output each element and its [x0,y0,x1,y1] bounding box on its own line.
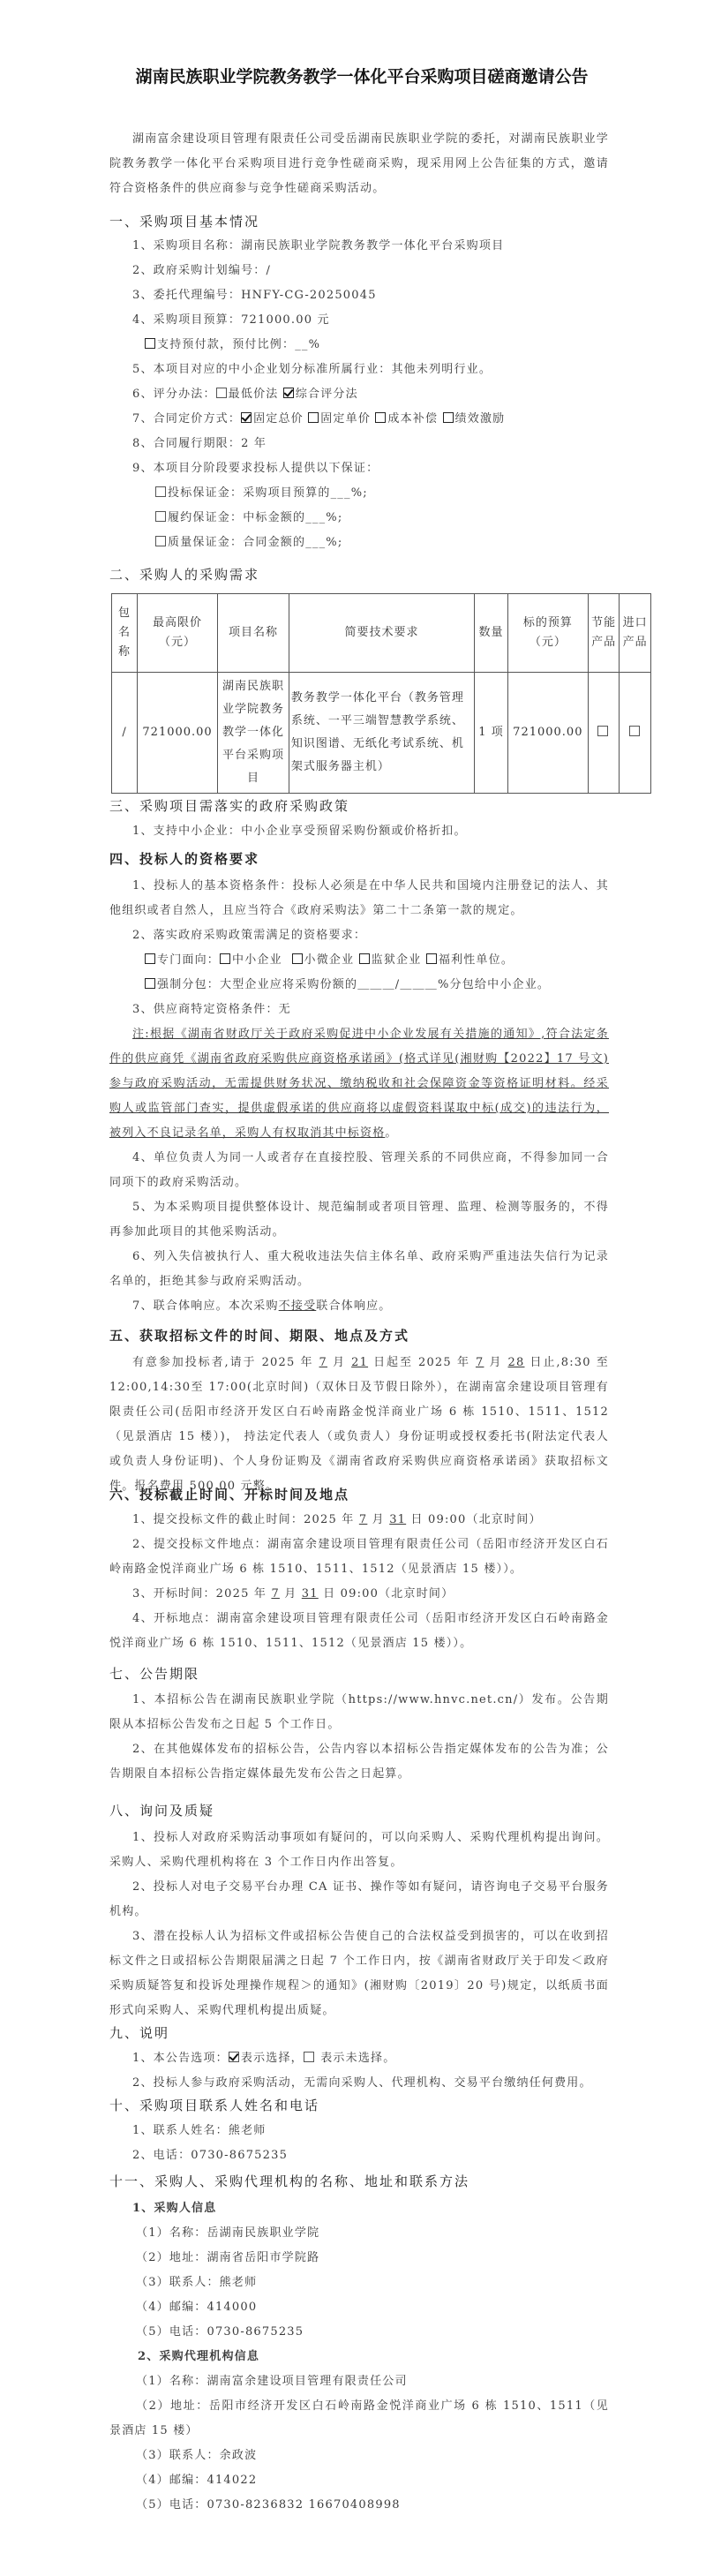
unchecked-legend-icon [304,2052,314,2062]
cost-comp-checkbox[interactable] [375,412,386,423]
col-imported: 进口产品 [620,594,651,673]
imported-checkbox[interactable] [629,726,640,736]
quality-bond-checkbox[interactable] [155,536,166,546]
section-4-body: 1、投标人的基本资格条件：投标人必须是在中华人民共和国境内注册登记的法人、其他组… [109,874,609,1319]
s1-item-9: 9、本项目分阶段要求投标人提供以下保证： [109,456,609,481]
section-10-heading: 十、采购项目联系人姓名和电话 [109,2096,319,2114]
table-row: / 721000.00 湖南民族职业学院教务教学一体化平台采购项目 教务教学一体… [112,673,651,794]
cell-project-name: 湖南民族职业学院教务教学一体化平台采购项目 [218,673,289,794]
cell-max-price: 721000.00 [138,673,218,794]
col-max-price: 最高限价（元） [138,594,218,673]
requirements-table: 包名称 最高限价（元） 项目名称 简要技术要求 数量 标的预算（元） 节能产品 … [111,593,651,794]
comprehensive-score-checkbox[interactable] [283,388,294,398]
page-title: 湖南民族职业学院教务教学一体化平台采购项目磋商邀请公告 [97,64,627,87]
section-6-heading: 六、投标截止时间、开标时间及地点 [109,1485,349,1503]
special-checkbox[interactable] [145,953,155,964]
quality-bond-option: 质量保证金：合同金额的___%; [109,531,609,555]
performance-checkbox[interactable] [443,412,454,423]
section-5-body: 有意参加投标者,请于 2025 年 7 月 21 日起至 2025 年 7 月 … [109,1351,609,1499]
cell-qty: 1 项 [475,673,508,794]
note-paragraph: 注:根据《湖南省财政厅关于政府采购促进中小企业发展有关措施的通知》,符合法定条件… [109,1022,609,1146]
cell-budget: 721000.00 [507,673,588,794]
section-9-body: 1、本公告选项：表示选择， 表示未选择。 2、投标人参与政府采购活动，无需向采购… [109,2046,609,2096]
bid-bond-option: 投标保证金：采购项目预算的___%; [109,481,609,506]
section-9-heading: 九、说明 [109,2023,169,2042]
intro-paragraph: 湖南富余建设项目管理有限责任公司受岳湖南民族职业学院的委托，对湖南民族职业学院教… [109,127,609,201]
document-page: 湖南民族职业学院教务教学一体化平台采购项目磋商邀请公告 湖南富余建设项目管理有限… [0,0,706,2576]
prepay-checkbox[interactable] [145,338,155,349]
s1-item-7: 7、合同定价方式：固定总价 固定单价 成本补偿 绩效激励 [109,407,609,432]
lowest-price-checkbox[interactable] [216,388,227,398]
section-1-heading: 一、采购项目基本情况 [109,212,259,230]
s1-item-4: 4、采购项目预算：721000.00 元 [109,308,609,333]
checked-legend-icon [229,2052,239,2062]
cell-energy [588,673,620,794]
performance-bond-option: 履约保证金：中标金额的___%; [109,506,609,531]
section-7-heading: 七、公告期限 [109,1664,199,1683]
performance-bond-checkbox[interactable] [155,511,166,522]
s1-item-3: 3、委托代理编号：HNFY-CG-20250045 [109,283,609,308]
s1-item-8: 8、合同履行期限：2 年 [109,432,609,456]
subcontract-checkbox[interactable] [145,978,155,989]
s1-item-5: 5、本项目对应的中小企业划分标准所属行业：其他未列明行业。 [109,358,609,382]
prison-checkbox[interactable] [359,953,370,964]
consortium-item: 7、联合体响应。本次采购不接受联合体响应。 [109,1294,609,1319]
section-4-heading: 四、投标人的资格要求 [109,849,259,868]
s1-item-1: 1、采购项目名称：湖南民族职业学院教务教学一体化平台采购项目 [109,234,609,259]
table-header-row: 包名称 最高限价（元） 项目名称 简要技术要求 数量 标的预算（元） 节能产品 … [112,594,651,673]
sme-checkbox[interactable] [220,953,230,964]
cell-imported [620,673,651,794]
col-energy: 节能产品 [588,594,620,673]
cell-package: / [112,673,138,794]
section-2-heading: 二、采购人的采购需求 [109,565,259,584]
section-3-heading: 三、采购项目需落实的政府采购政策 [109,796,349,815]
section-8-heading: 八、询问及质疑 [109,1801,214,1819]
subcontract-option: 强制分包：大型企业应将采购份额的＿＿＿/＿＿＿%分包给中小企业。 [109,973,609,998]
col-package: 包名称 [112,594,138,673]
section-3-body: 1、支持中小企业：中小企业享受预留采购份额或价格折扣。 [109,819,609,844]
section-8-body: 1、投标人对政府采购活动事项如有疑问的，可以向采购人、采购代理机构提出询问。采购… [109,1826,609,2023]
cell-tech-req: 教务教学一体化平台（教务管理系统、一平三端智慧教学系统、知识图谱、无纸化考试系统… [289,673,474,794]
s1-item-6: 6、评分办法：最低价法 综合评分法 [109,382,609,407]
col-qty: 数量 [475,594,508,673]
bid-bond-checkbox[interactable] [155,486,166,497]
col-tech-req: 简要技术要求 [289,594,474,673]
section-10-body: 1、联系人姓名：熊老师 2、电话：0730-8675235 [109,2119,609,2168]
section-11-body: 1、采购人信息 （1）名称：岳湖南民族职业学院 （2）地址：湖南省岳阳市学院路 … [109,2196,609,2518]
micro-checkbox[interactable] [292,953,303,964]
col-budget: 标的预算（元） [507,594,588,673]
fixed-unit-checkbox[interactable] [308,412,319,423]
section-6-body: 1、提交投标文件的截止时间：2025 年 7 月 31 日 09:00（北京时间… [109,1508,609,1656]
special-targets: 专门面向：中小企业 小微企业 监狱企业 福利性单位。 [109,948,609,973]
col-project-name: 项目名称 [218,594,289,673]
fixed-total-checkbox[interactable] [241,412,252,423]
energy-saving-checkbox[interactable] [597,726,608,736]
section-5-heading: 五、获取招标文件的时间、期限、地点及方式 [109,1326,409,1344]
prepay-option: 支持预付款，预付比例：__% [109,333,609,358]
section-1-body: 1、采购项目名称：湖南民族职业学院教务教学一体化平台采购项目 2、政府采购计划编… [109,234,609,555]
section-11-heading: 十一、采购人、采购代理机构的名称、地址和联系方法 [109,2172,469,2190]
section-7-body: 1、本招标公告在湖南民族职业学院（https://www.hnvc.net.cn… [109,1688,609,1787]
welfare-checkbox[interactable] [426,953,437,964]
s1-item-2: 2、政府采购计划编号：/ [109,259,609,283]
